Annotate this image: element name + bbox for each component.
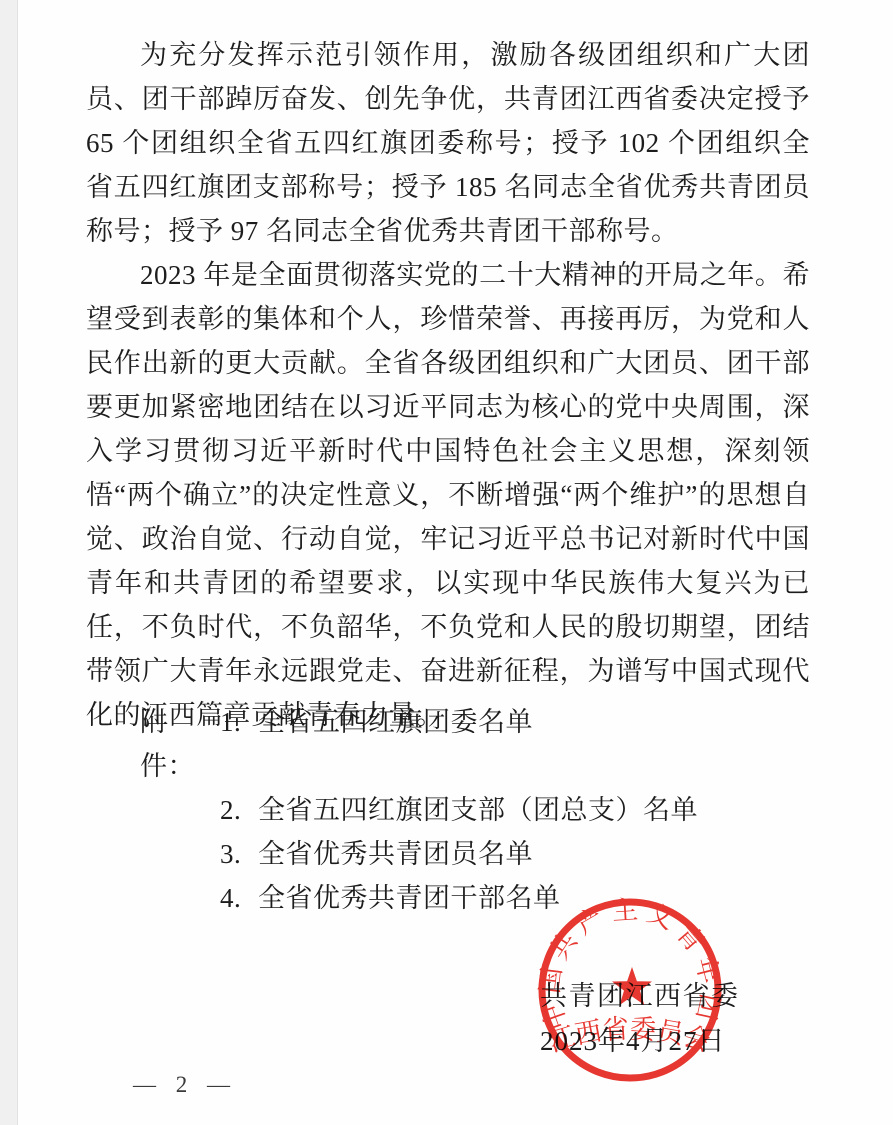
star-icon — [612, 967, 652, 1005]
attachment-title: 全省优秀共青团员名单 — [258, 832, 533, 876]
attachment-title: 全省优秀共青团干部名单 — [258, 876, 561, 920]
attachment-title: 全省五四红旗团支部（团总支）名单 — [258, 788, 698, 832]
attachment-row: 2. 全省五四红旗团支部（团总支）名单 — [140, 788, 810, 832]
paragraph-hopes: 2023 年是全面贯彻落实党的二十大精神的开局之年。希望受到表彰的集体和个人，珍… — [86, 253, 810, 737]
attachments-label: 附件： — [140, 700, 220, 788]
document-body: 为充分发挥示范引领作用，激励各级团组织和广大团员、团干部踔厉奋发、创先争优，共青… — [86, 33, 810, 737]
scan-edge-strip — [0, 0, 18, 1125]
attachment-title: 全省五四红旗团委名单 — [258, 700, 533, 788]
attachment-number: 2. — [220, 788, 258, 832]
attachment-number: 1. — [220, 700, 258, 788]
attachment-row: 附件： 1. 全省五四红旗团委名单 — [140, 700, 810, 788]
attachment-row: 3. 全省优秀共青团员名单 — [140, 832, 810, 876]
attachment-number: 3. — [220, 832, 258, 876]
document-page: 为充分发挥示范引领作用，激励各级团组织和广大团员、团干部踔厉奋发、创先争优，共青… — [0, 0, 893, 1125]
seal-top-text: 中国共产主义青年团 — [535, 895, 725, 1033]
attachment-number: 4. — [220, 876, 258, 920]
page-number: — 2 — — [133, 1072, 232, 1098]
paragraph-awards: 为充分发挥示范引领作用，激励各级团组织和广大团员、团干部踔厉奋发、创先争优，共青… — [86, 33, 810, 253]
official-seal: 中国共产主义青年团 江西省委员会 — [518, 880, 742, 1104]
